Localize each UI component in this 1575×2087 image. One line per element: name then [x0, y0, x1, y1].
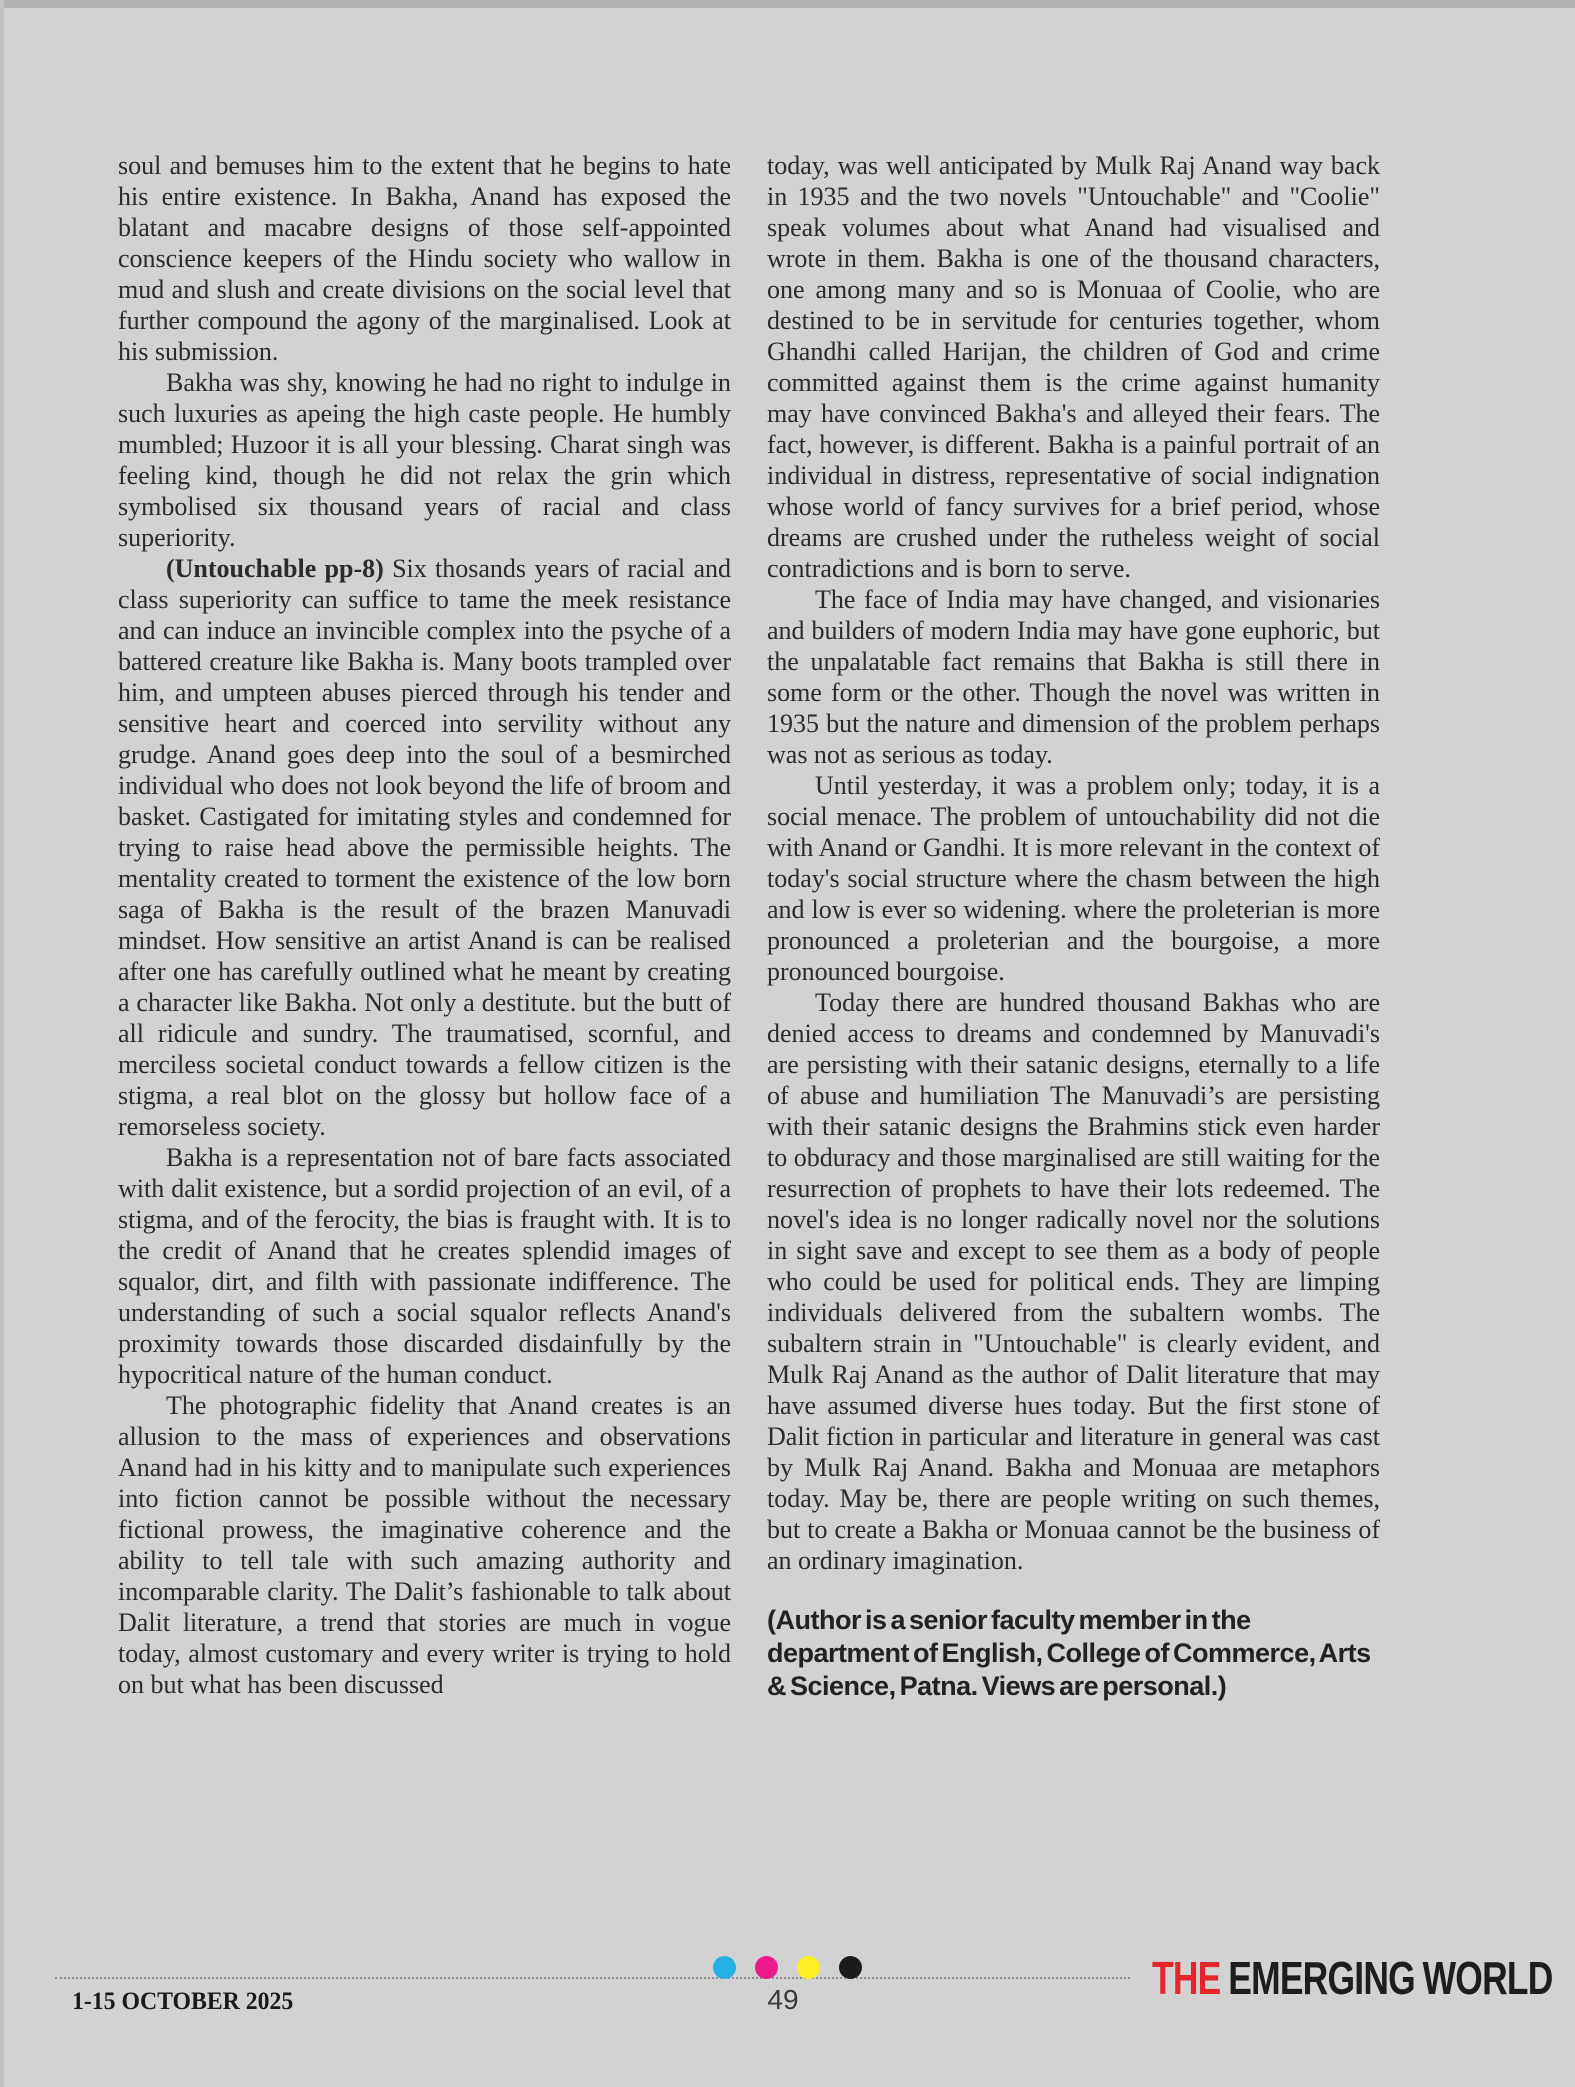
- author-note: (Author is a senior faculty member in th…: [767, 1604, 1380, 1703]
- logo-word-the: THE: [1152, 1951, 1221, 2005]
- issue-date: 1-15 OCTOBER 2025: [72, 1988, 293, 2016]
- body-paragraph: (Untouchable pp-8) Six thosands years of…: [118, 553, 731, 1142]
- body-paragraph: soul and bemuses him to the extent that …: [118, 150, 731, 367]
- page-number: 49: [743, 1984, 823, 2016]
- magazine-logo: THEEMERGINGWORLD: [1152, 1951, 1553, 2005]
- article-column-left: soul and bemuses him to the extent that …: [118, 150, 731, 1703]
- body-paragraph: today, was well anticipated by Mulk Raj …: [767, 150, 1380, 584]
- body-paragraph: Today there are hundred thousand Bakhas …: [767, 987, 1380, 1576]
- logo-word-world: WORLD: [1423, 1951, 1553, 2005]
- magazine-page: soul and bemuses him to the extent that …: [0, 0, 1575, 2087]
- body-paragraph: The photographic fidelity that Anand cre…: [118, 1390, 731, 1700]
- body-paragraph: Bakha was shy, knowing he had no right t…: [118, 367, 731, 553]
- page-edge-left: [0, 0, 4, 2087]
- registration-cyan-dot: [713, 1956, 736, 1979]
- body-paragraph: Bakha is a representation not of bare fa…: [118, 1142, 731, 1390]
- logo-word-emerging: EMERGING: [1228, 1951, 1415, 2005]
- article-column-right: today, was well anticipated by Mulk Raj …: [767, 150, 1380, 1703]
- registration-magenta-dot: [755, 1956, 778, 1979]
- registration-yellow-dot: [797, 1956, 820, 1979]
- paragraph-lead-bold: (Untouchable pp-8): [166, 554, 392, 583]
- article-body: soul and bemuses him to the extent that …: [118, 150, 1380, 1703]
- column-paragraphs: today, was well anticipated by Mulk Raj …: [767, 150, 1380, 1576]
- page-edge-top: [0, 0, 1575, 8]
- registration-black-dot: [839, 1956, 862, 1979]
- body-paragraph: The face of India may have changed, and …: [767, 584, 1380, 770]
- print-registration-dots: [713, 1956, 862, 1979]
- footer-dotted-rule: [55, 1977, 1130, 1979]
- body-paragraph: Until yesterday, it was a problem only; …: [767, 770, 1380, 987]
